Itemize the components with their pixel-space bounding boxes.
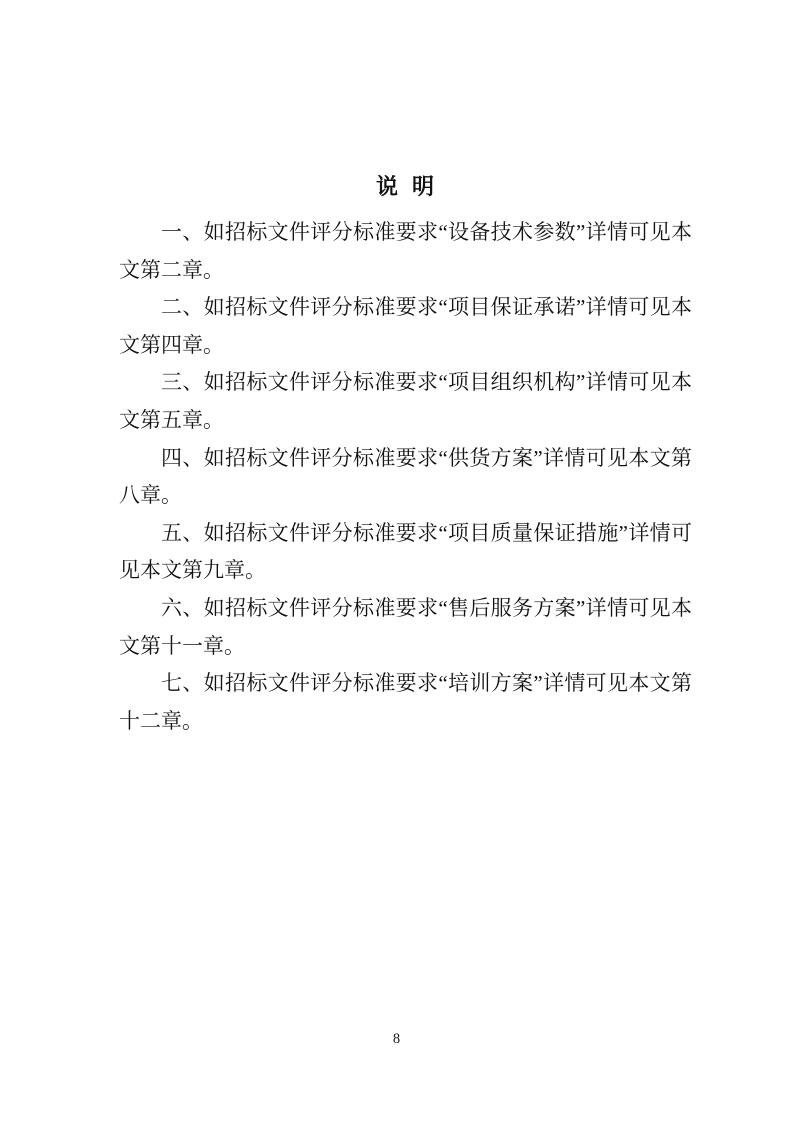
paragraph-item-3: 三、如招标文件评分标准要求“项目组织机构”详情可见本文第五章。 [119, 364, 692, 439]
page-number: 8 [0, 1030, 793, 1048]
paragraph-item-1: 一、如招标文件评分标准要求“设备技术参数”详情可见本文第二章。 [119, 214, 692, 289]
paragraph-item-6: 六、如招标文件评分标准要求“售后服务方案”详情可见本文第十一章。 [119, 590, 692, 665]
document-page: 说 明 一、如招标文件评分标准要求“设备技术参数”详情可见本文第二章。 二、如招… [0, 0, 793, 1122]
paragraph-item-4: 四、如招标文件评分标准要求“供货方案”详情可见本文第八章。 [119, 440, 692, 515]
document-title: 说 明 [119, 172, 692, 202]
paragraph-item-5: 五、如招标文件评分标准要求“项目质量保证措施”详情可见本文第九章。 [119, 515, 692, 590]
paragraph-item-2: 二、如招标文件评分标准要求“项目保证承诺”详情可见本文第四章。 [119, 289, 692, 364]
document-body: 说 明 一、如招标文件评分标准要求“设备技术参数”详情可见本文第二章。 二、如招… [119, 172, 692, 740]
paragraph-item-7: 七、如招标文件评分标准要求“培训方案”详情可见本文第十二章。 [119, 665, 692, 740]
